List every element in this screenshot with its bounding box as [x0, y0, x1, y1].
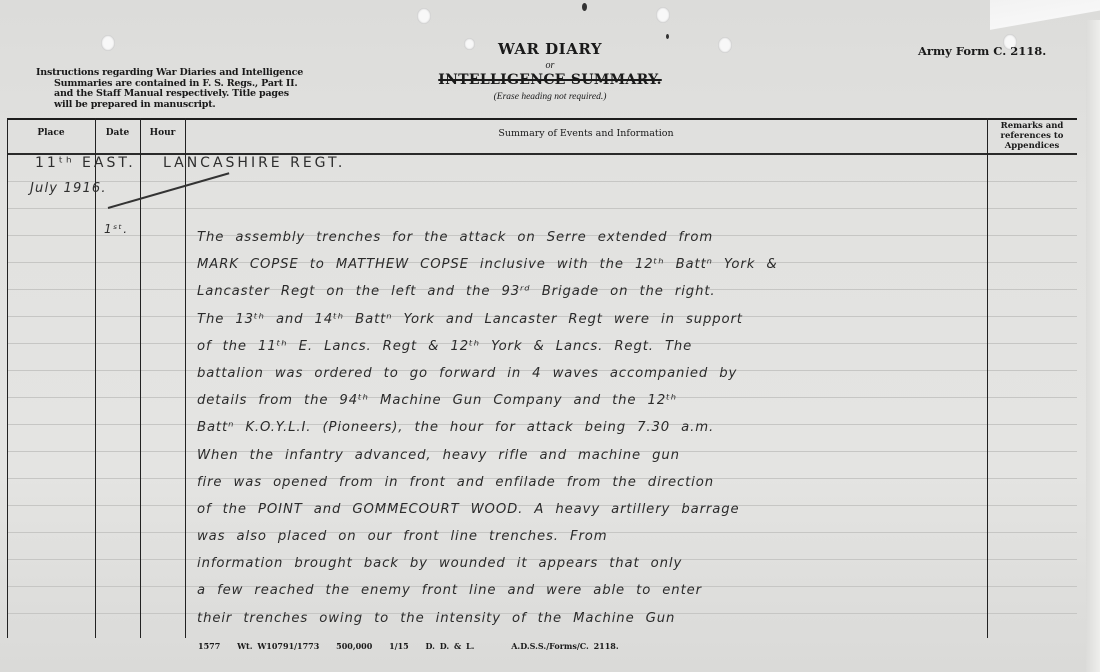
remarks-header-line: references to [988, 131, 1076, 141]
table-top-rule [7, 118, 1077, 120]
ruled-line [7, 208, 1077, 209]
title-note: (Erase heading not required.) [400, 92, 700, 102]
summary-line: details from the 94ᵗʰ Machine Gun Compan… [197, 387, 977, 414]
print-code: 1577 [198, 641, 220, 651]
summary-line: fire was opened from in front and enfila… [197, 469, 977, 496]
summary-line: a few reached the enemy front line and w… [197, 577, 977, 604]
ink-spot [666, 34, 669, 39]
instructions-line: and the Staff Manual respectively. Title… [36, 89, 296, 100]
remarks-header-line: Appendices [988, 141, 1076, 151]
summary-line: Lancaster Regt on the left and the 93ʳᵈ … [197, 278, 977, 305]
form-reference: A.D.S.S./Forms/C. 2118. [511, 641, 618, 651]
unit-heading-place: 11ᵗʰ EAST. [35, 155, 136, 171]
unit-heading-summary: LANCASHIRE REGT. [163, 155, 345, 171]
ruled-line [7, 181, 1077, 182]
column-header-date: Date [95, 128, 140, 138]
punch-hole [101, 35, 115, 51]
print-wt: Wt. W10791/1773 [237, 641, 319, 651]
instructions-note: Instructions regarding War Diaries and I… [36, 68, 296, 110]
print-date-code: 1/15 [389, 641, 409, 651]
column-divider-summary [185, 118, 186, 638]
punch-hole [417, 8, 431, 24]
column-divider-left [7, 118, 8, 638]
summary-line: was also placed on our front line trench… [197, 523, 977, 550]
month-year: July 1916. [30, 181, 107, 196]
print-quantity: 500,000 [336, 641, 372, 651]
print-footer: 1577 Wt. W10791/1773 500,000 1/15 D. D. … [198, 641, 631, 651]
struck-title: INTELLIGENCE SUMMARY. [400, 72, 700, 88]
column-divider-date [95, 118, 96, 638]
column-header-remarks: Remarks and references to Appendices [988, 121, 1076, 151]
punch-hole [718, 37, 732, 53]
summary-of-events: The assembly trenches for the attack on … [197, 224, 977, 632]
summary-line: The 13ᵗʰ and 14ᵗʰ Battⁿ York and Lancast… [197, 306, 977, 333]
folded-corner [990, 0, 1100, 30]
remarks-header-line: Remarks and [988, 121, 1076, 131]
punch-hole [656, 7, 670, 23]
instructions-line: Instructions regarding War Diaries and I… [36, 68, 296, 79]
summary-line: The assembly trenches for the attack on … [197, 224, 977, 251]
title-or: or [400, 60, 700, 71]
column-header-summary: Summary of Events and Information [185, 128, 987, 139]
summary-line: information brought back by wounded it a… [197, 550, 977, 577]
title-block: WAR DIARY or INTELLIGENCE SUMMARY. (Eras… [400, 40, 700, 102]
column-header-place: Place [7, 128, 95, 138]
summary-line: of the POINT and GOMMECOURT WOOD. A heav… [197, 496, 977, 523]
summary-line: of the 11ᵗʰ E. Lancs. Regt & 12ᵗʰ York &… [197, 333, 977, 360]
column-divider-hour [140, 118, 141, 638]
summary-line: When the infantry advanced, heavy rifle … [197, 442, 977, 469]
page-title: WAR DIARY [400, 40, 700, 58]
ink-spot [582, 3, 587, 11]
column-divider-remarks [987, 118, 988, 638]
printer: D. D. & L. [426, 641, 475, 651]
summary-line: their trenches owing to the intensity of… [197, 605, 977, 632]
page-edge [1086, 20, 1100, 672]
summary-line: battalion was ordered to go forward in 4… [197, 360, 977, 387]
summary-line: MARK COPSE to MATTHEW COPSE inclusive wi… [197, 251, 977, 278]
war-diary-page: Instructions regarding War Diaries and I… [0, 0, 1100, 672]
column-header-hour: Hour [140, 128, 185, 138]
army-form-number: Army Form C. 2118. [918, 44, 1046, 58]
entry-date: 1ˢᵗ. [104, 222, 128, 236]
summary-line: Battⁿ K.O.Y.L.I. (Pioneers), the hour fo… [197, 414, 977, 441]
instructions-line: will be prepared in manuscript. [36, 100, 296, 111]
